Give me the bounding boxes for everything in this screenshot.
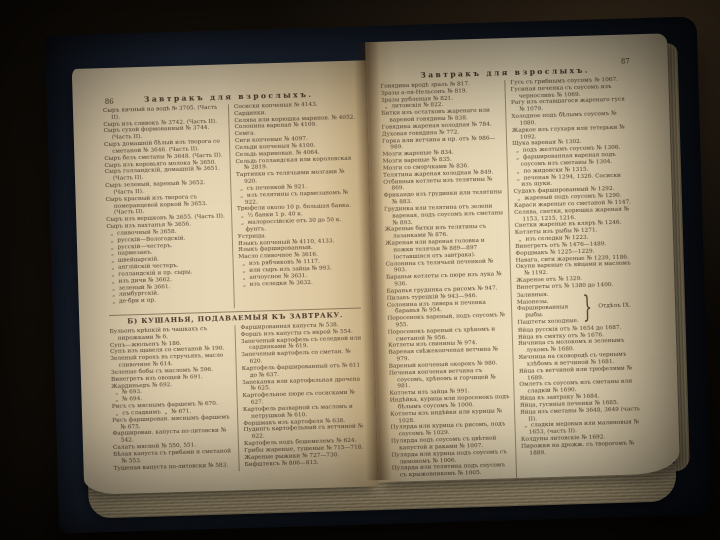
running-title-right: Завтракъ для взрослыхъ. <box>420 66 590 80</box>
left-page-lower-columns: Бульонъ крѣпкій въ чашкахъ съ пирожками … <box>109 322 365 475</box>
right-page-col1: Говядина вродѣ зразъ № 817.Зразы а-ля-Не… <box>380 80 516 482</box>
otdel-label: Отдѣлъ IX. <box>595 303 633 311</box>
right-page-col2-bottom: Яйца русскія отъ № 1654 до 1687.Яйца въ … <box>518 324 642 457</box>
photo-background: Завтракъ для взрослыхъ. 86 Сыръ яичный н… <box>0 0 720 540</box>
page-left: Завтракъ для взрослыхъ. 86 Сыръ яичный н… <box>72 60 379 495</box>
running-title-left: Завтракъ для взрослыхъ. <box>144 90 314 104</box>
brace-icon: } <box>582 292 592 322</box>
open-book: Завтракъ для взрослыхъ. 86 Сыръ яичный н… <box>45 16 711 533</box>
left-page-upper-columns: Сыръ яичный на водѣ № 3705. (Часть II).С… <box>103 101 361 312</box>
index-entry: Пулярда или телятина подъ соусомъ съ кры… <box>392 462 512 479</box>
page-right-content: Завтракъ для взрослыхъ. 87 Говядина врод… <box>365 33 680 482</box>
page-number-right: 87 <box>621 57 630 65</box>
right-page-columns: Говядина вродѣ зразъ № 817.Зразы а-ля-Не… <box>380 76 642 481</box>
index-entry: Пирожки на дрожж. съ творогомъ № 1889. <box>521 440 641 457</box>
right-page-col2-top: Гусь съ грибнымъ соусомъ № 1067.Гусиная … <box>510 76 636 291</box>
section-brace-group: Заливныя.Маіонезы.Фаршированныя рыбы.Паш… <box>517 289 638 327</box>
left-page-col2-top: Сосиски копченыя № 4143.Сардинки.Селява … <box>228 101 361 309</box>
page-left-content: Завтракъ для взрослыхъ. 86 Сыръ яичный н… <box>72 60 379 495</box>
brace-items: Заливныя.Маіонезы.Фаршированныя рыбы.Паш… <box>517 291 580 327</box>
right-page-col2: Гусь съ грибнымъ соусомъ № 1067.Гусиная … <box>504 76 642 478</box>
page-number-left: 86 <box>105 98 114 106</box>
left-page-col1-bottom: Бульонъ крѣпкій въ чашкахъ съ пирожками … <box>109 325 238 475</box>
left-page-col2-bottom: Фаршированная капуста № 538.Форшъ изъ ка… <box>234 322 365 472</box>
page-right: Завтракъ для взрослыхъ. 87 Говядина врод… <box>365 33 680 482</box>
left-page-col1-top: Сыръ яичный на водѣ № 3705. (Часть II).С… <box>103 104 234 312</box>
